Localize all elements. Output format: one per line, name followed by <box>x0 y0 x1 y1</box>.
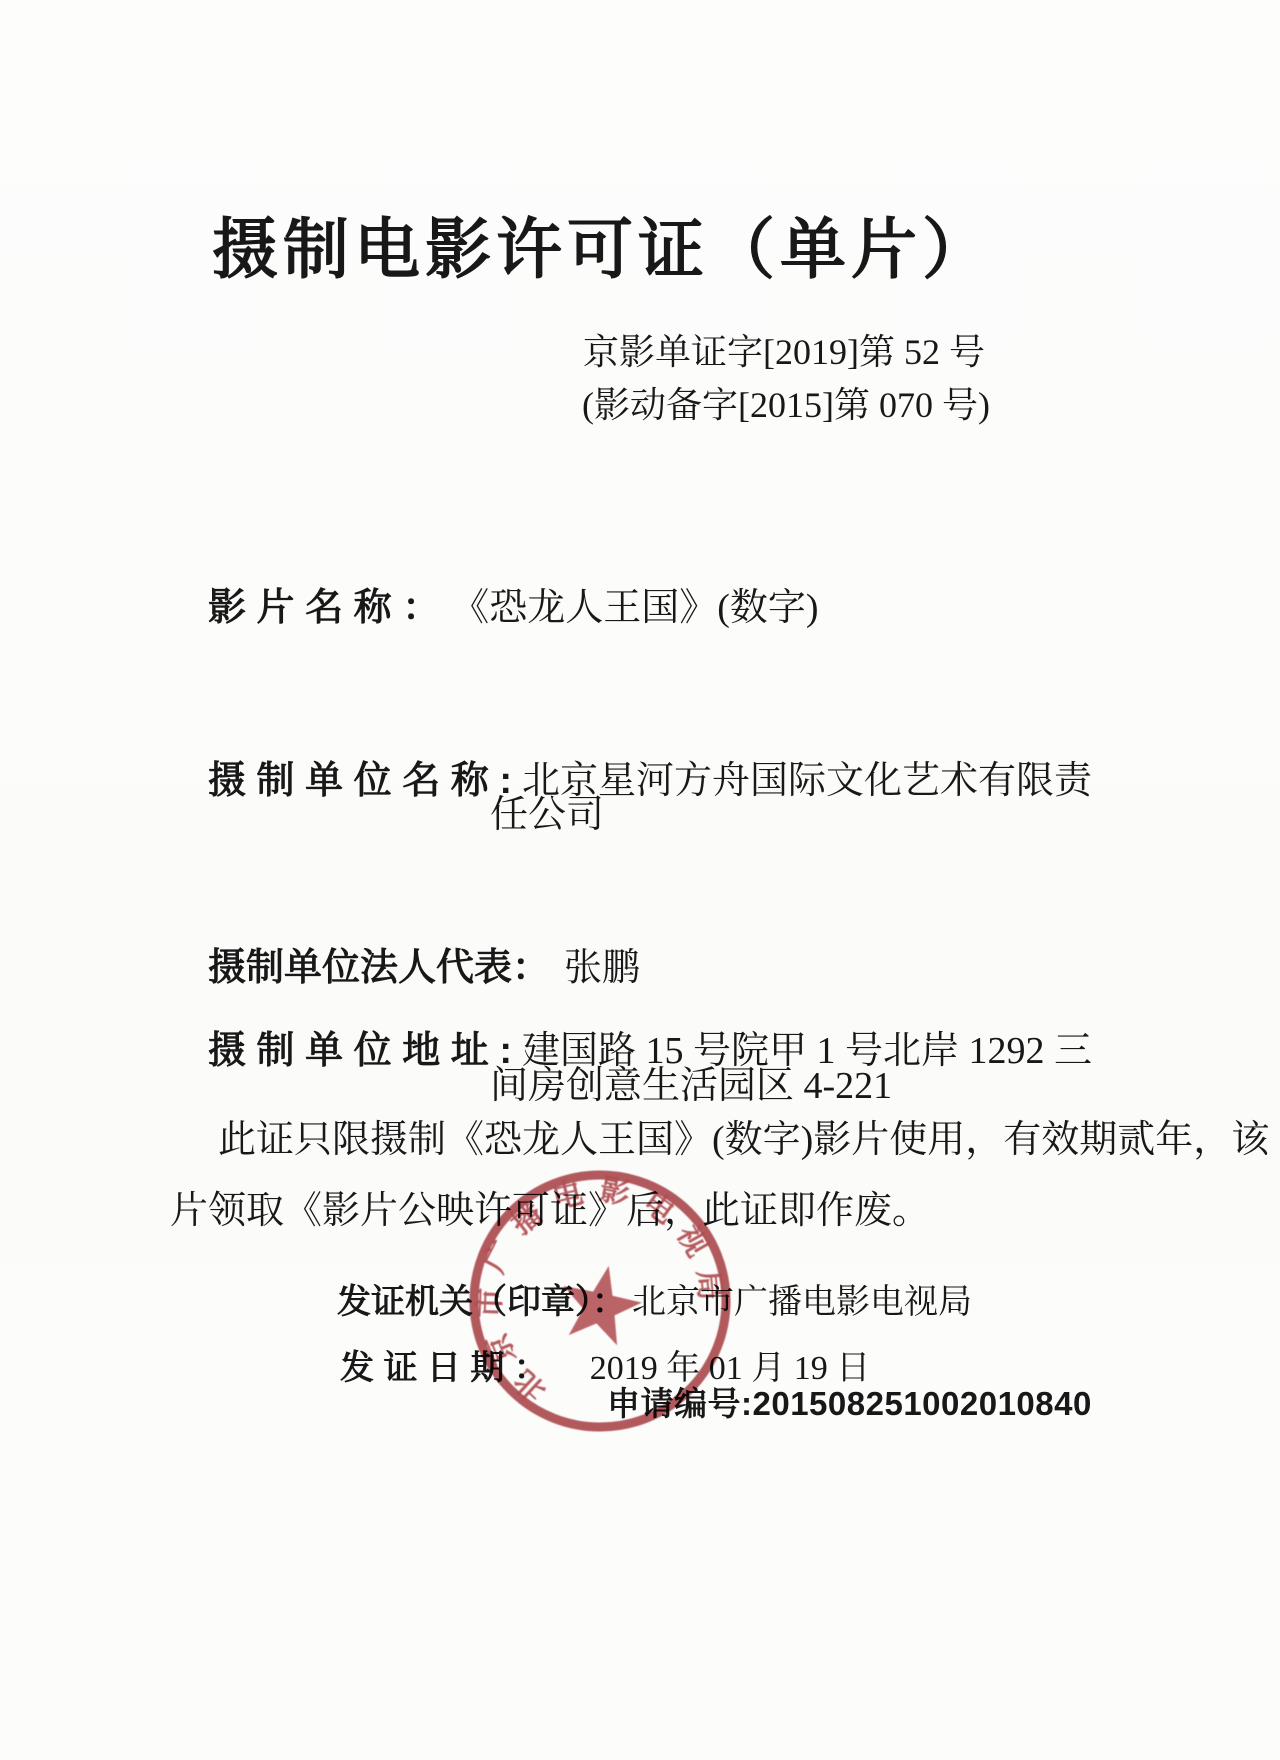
page-title: 摄制电影许可证（单片） <box>212 218 993 284</box>
certificate-number-line-1: 京影单证字[2019]第 52 号 <box>583 334 985 370</box>
official-seal-stamp-icon: 北京市广播电影电视局 <box>465 1166 735 1436</box>
film-name-row: 影 片 名 称 ：《恐龙人王国》(数字) <box>170 551 819 665</box>
film-name-value: 《恐龙人王国》(数字) <box>470 587 818 629</box>
legal-representative-value: 张鹏 <box>564 947 640 989</box>
producer-address-value-line2: 间房创意生活园区 4-221 <box>490 1067 892 1105</box>
producer-name-value-line1: 北京星河方舟国际文化艺术有限责 <box>522 760 1092 802</box>
producer-address-label: 摄 制 单 位 地 址 : <box>208 1030 512 1072</box>
legal-representative-label: 摄制单位法人代表： <box>208 947 550 989</box>
producer-name-label: 摄 制 单 位 名 称 : <box>208 760 512 802</box>
validity-note-line1: 此证只限摄制《恐龙人王国》(数字)影片使用，有效期贰年，该 <box>218 1121 1269 1159</box>
permit-document-page: 摄制电影许可证（单片） 京影单证字[2019]第 52 号 (影动备字[2015… <box>0 0 1280 1760</box>
certificate-number-line-2: (影动备字[2015]第 070 号) <box>582 387 990 423</box>
film-name-label: 影 片 名 称 ： <box>208 587 440 629</box>
producer-name-row: 摄 制 单 位 名 称 :北京星河方舟国际文化艺术有限责 <box>170 724 1092 838</box>
seal-star-icon <box>554 1258 648 1349</box>
producer-name-value-line2: 任公司 <box>490 796 604 834</box>
